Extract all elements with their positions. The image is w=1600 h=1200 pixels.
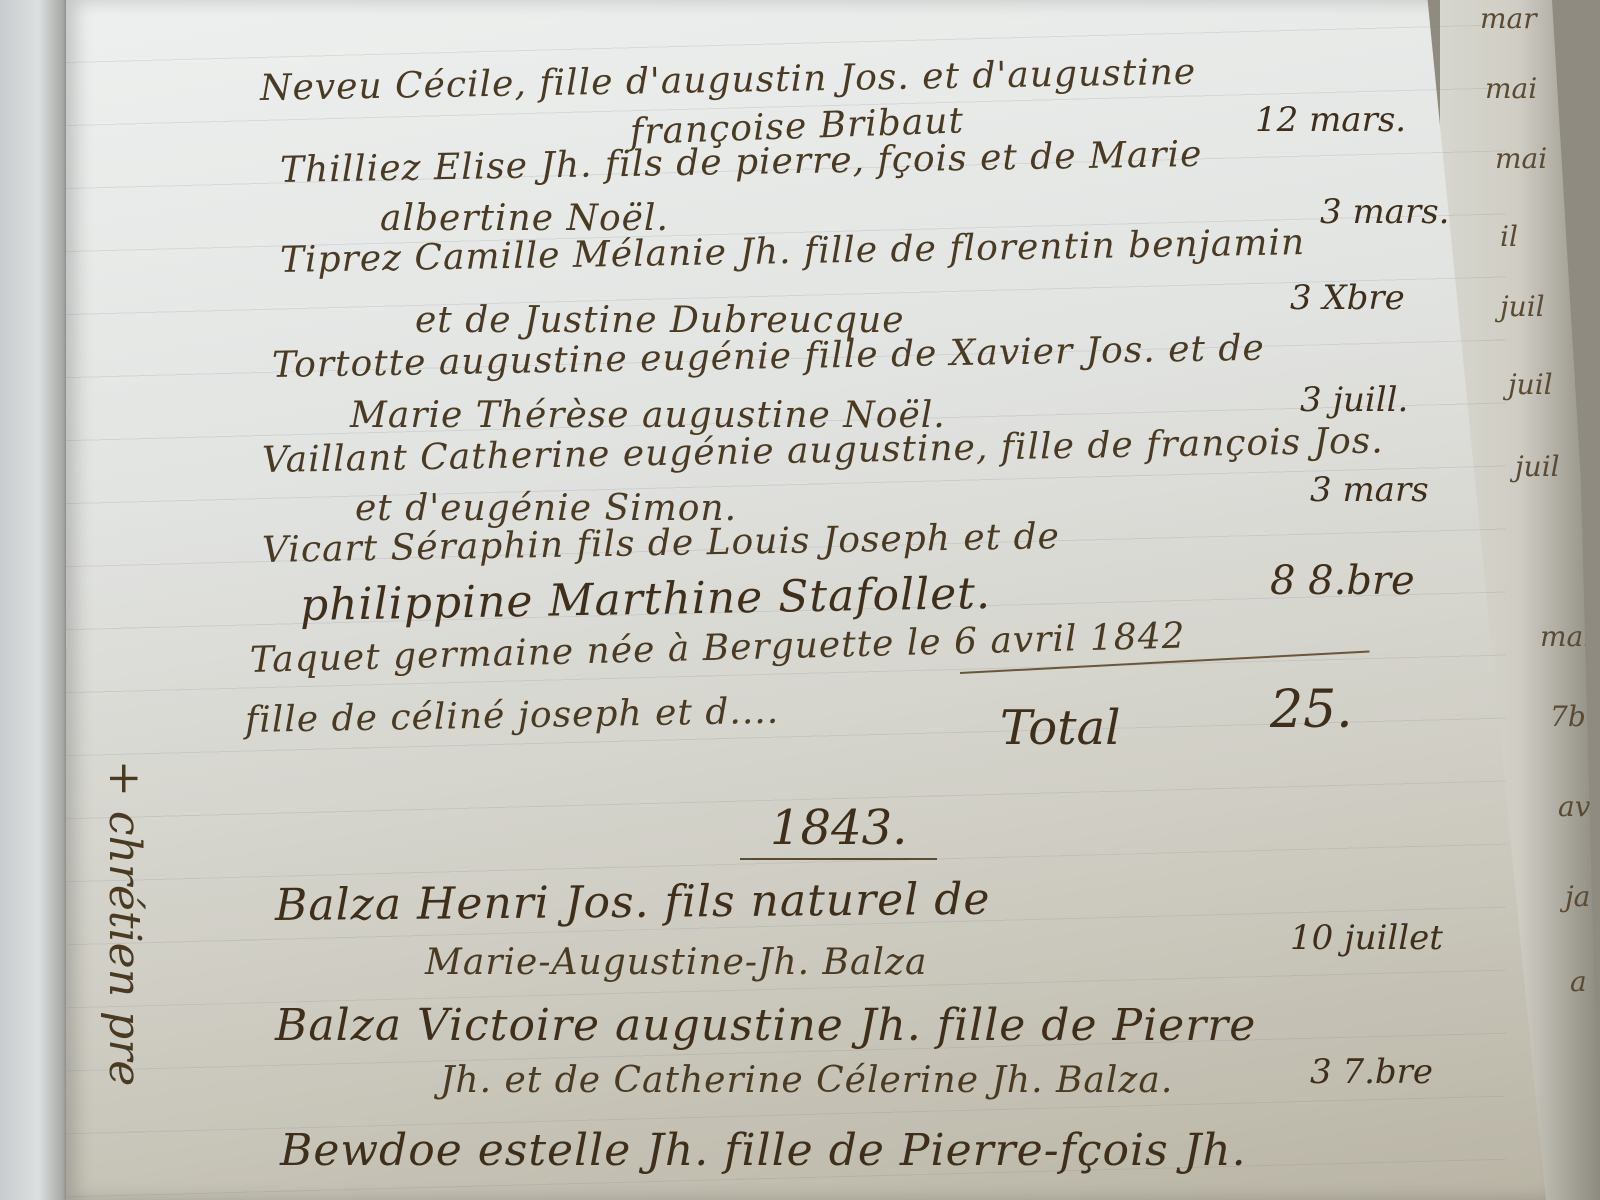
back-page-fragment: juil (1508, 368, 1553, 401)
total-value: 25. (1270, 680, 1353, 740)
entry-date: 12 mars. (1255, 100, 1406, 140)
back-page-fragment: 7b (1550, 700, 1586, 733)
entry-date: 10 juillet (1290, 918, 1443, 958)
entry-line: Bewdoe estelle Jh. fille de Pierre-fçois… (280, 1125, 1247, 1176)
back-page-fragment: juil (1515, 450, 1560, 483)
entry-date: 3 Xbre (1290, 278, 1405, 318)
back-page-fragment: mai (1540, 620, 1592, 653)
back-page-fragment: mai (1495, 142, 1547, 175)
entry-line: Marie-Augustine-Jh. Balza (425, 942, 927, 983)
back-page-fragment: a (1570, 965, 1587, 998)
entry-line: Balza Victoire augustine Jh. fille de Pi… (275, 1000, 1256, 1051)
entry-date: 8 8.bre (1270, 558, 1415, 604)
entry-line: albertine Noël. (380, 198, 669, 239)
back-page-fragment: juil (1500, 290, 1545, 323)
entry-line: Balza Henri Jos. fils naturel de (275, 874, 991, 931)
entry-line: Jh. et de Catherine Célerine Jh. Balza. (440, 1060, 1173, 1101)
entry-date: 3 7.bre (1310, 1052, 1433, 1092)
entry-date: 3 juill. (1300, 380, 1408, 420)
back-page-fragment: mar (1480, 2, 1537, 35)
entry-date: 3 mars. (1320, 192, 1449, 232)
entry-date: 3 mars (1310, 470, 1429, 510)
year-heading: 1843. (740, 800, 937, 860)
left-page-edge (0, 0, 70, 1200)
back-page-fragment: mai (1485, 72, 1537, 105)
back-page-fragment: jan (1565, 880, 1600, 913)
back-page-fragment: il (1500, 220, 1518, 253)
margin-note: + chrétien pre (99, 760, 150, 1086)
total-label: Total (1000, 700, 1120, 756)
back-page-fragment: avr (1558, 790, 1600, 823)
